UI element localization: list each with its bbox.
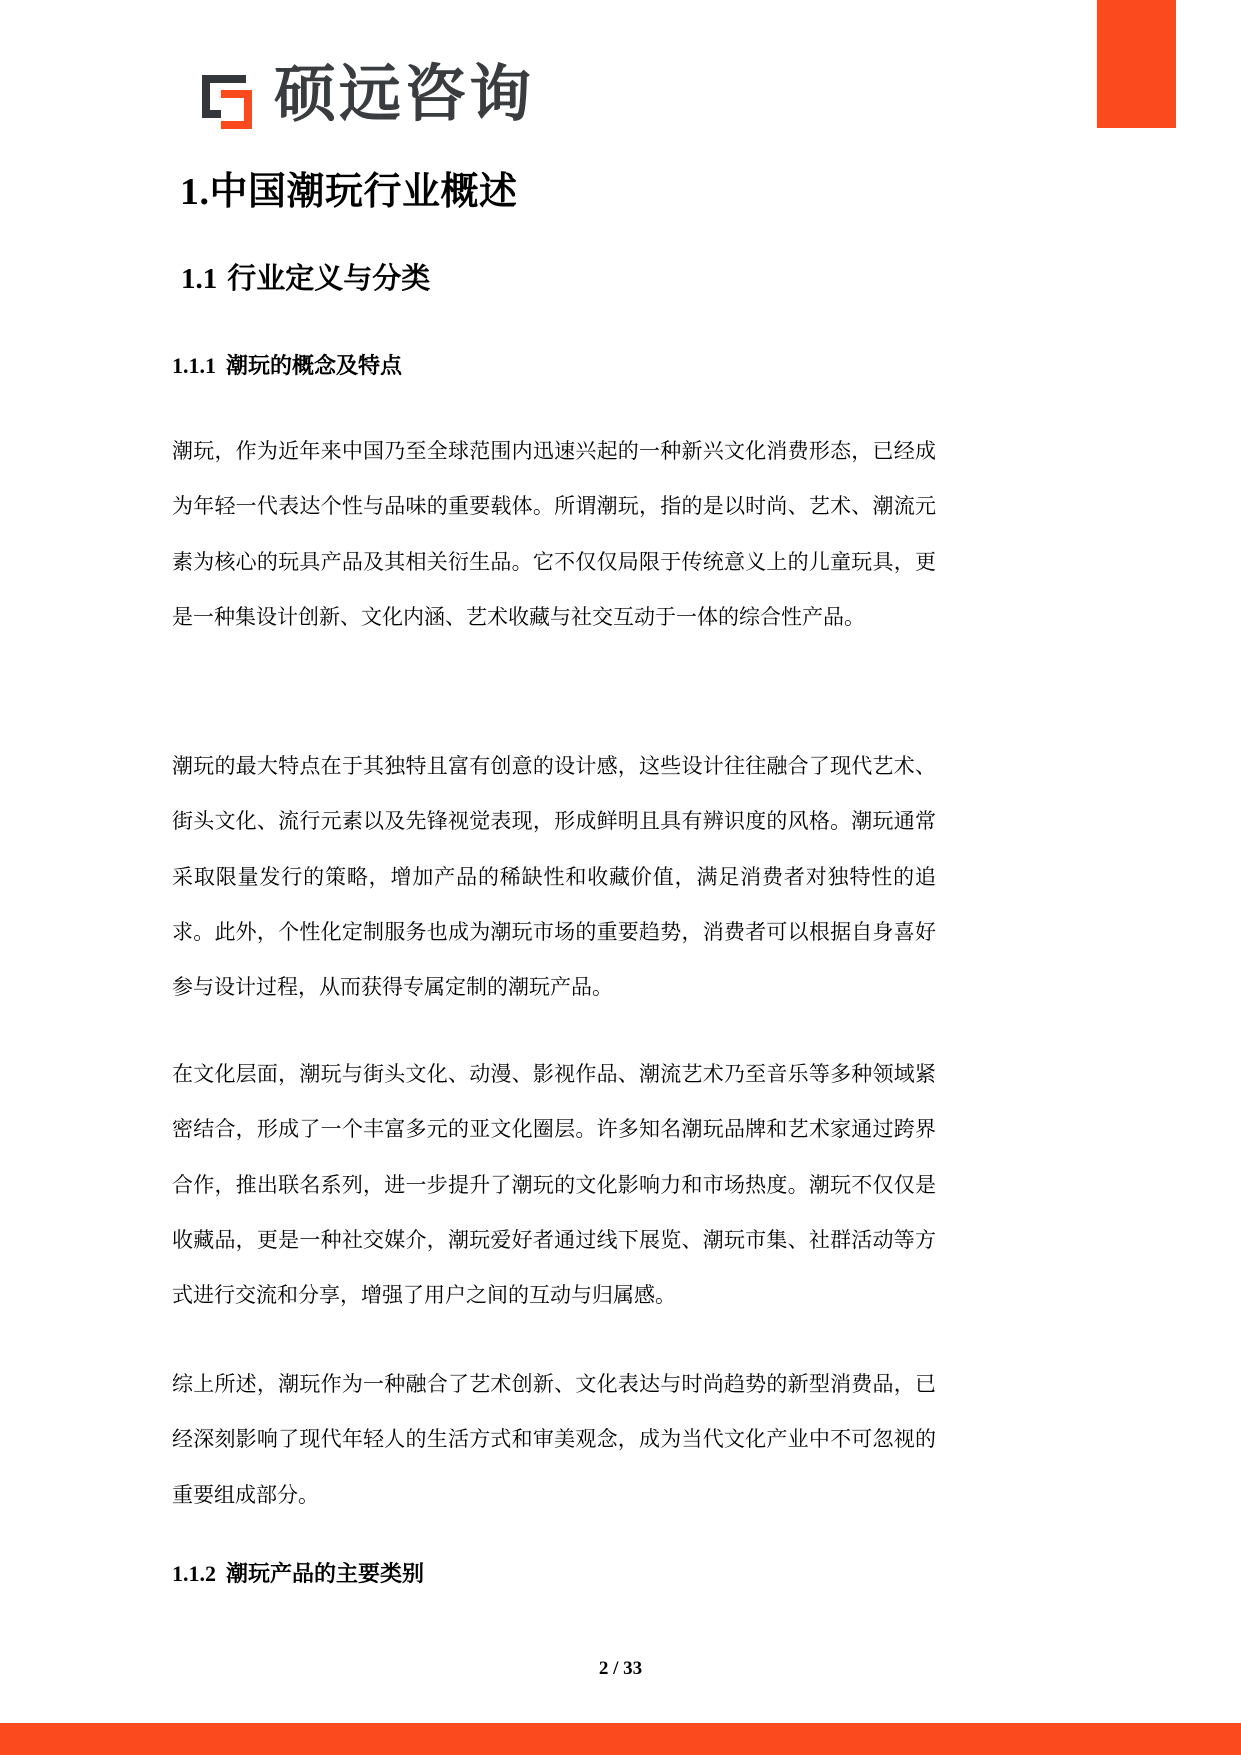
heading-number: 1.1: [181, 263, 217, 295]
brand-logo: 硕远咨询: [202, 62, 534, 129]
section-heading-level2: 1.1行业定义与分类: [181, 256, 430, 297]
section-heading-level3-second: 1.1.2潮玩产品的主要类别: [172, 1557, 424, 1588]
report-page: 硕远咨询 1.中国潮玩行业概述 1.1行业定义与分类 1.1.1潮玩的概念及特点…: [0, 0, 1241, 1755]
heading-title: 行业定义与分类: [227, 263, 430, 295]
heading-number: 1.1.1: [172, 353, 216, 378]
section-heading-level3-first: 1.1.1潮玩的概念及特点: [172, 349, 402, 380]
heading-title: 潮玩的概念及特点: [226, 353, 402, 378]
heading-title: 潮玩产品的主要类别: [226, 1561, 424, 1586]
bottom-accent-bar: [0, 1723, 1241, 1755]
body-paragraph: 潮玩的最大特点在于其独特且富有创意的设计感，这些设计往往融合了现代艺术、街头文化…: [172, 739, 936, 1015]
body-paragraph: 在文化层面，潮玩与街头文化、动漫、影视作品、潮流艺术乃至音乐等多种领域紧密结合，…: [172, 1047, 936, 1323]
brand-logo-text: 硕远咨询: [274, 62, 534, 128]
top-right-accent-block: [1097, 0, 1176, 128]
page-number-indicator: 2 / 33: [0, 1658, 1241, 1680]
heading-number: 1.: [180, 171, 210, 213]
body-paragraph: 综上所述，潮玩作为一种融合了艺术创新、文化表达与时尚趋势的新型消费品，已经深刻影…: [172, 1357, 936, 1523]
heading-title: 中国潮玩行业概述: [210, 171, 518, 213]
body-paragraph: 潮玩，作为近年来中国乃至全球范围内迅速兴起的一种新兴文化消费形态，已经成为年轻一…: [172, 424, 936, 645]
brand-logo-icon: [202, 75, 252, 129]
heading-number: 1.1.2: [172, 1561, 216, 1586]
section-heading-level1: 1.中国潮玩行业概述: [180, 160, 518, 215]
